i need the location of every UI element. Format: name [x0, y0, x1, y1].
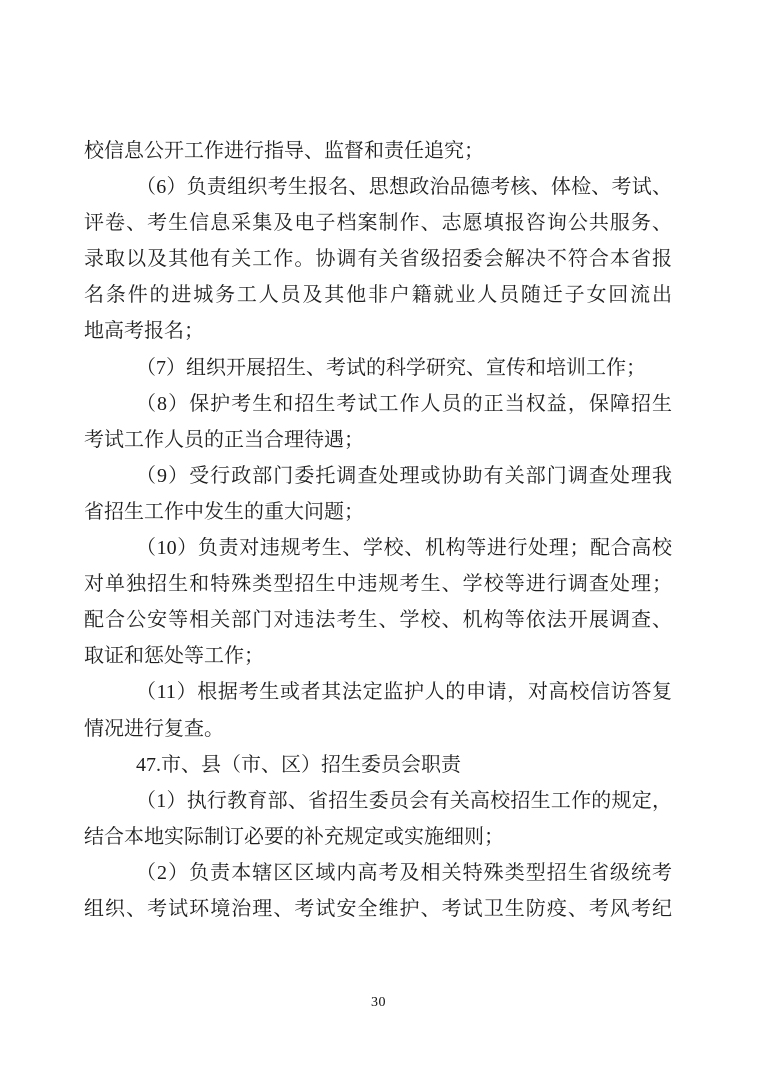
- text-line: 地高考报名；: [84, 313, 672, 349]
- text-line: 配合公安等相关部门对违法考生、学校、机构等依法开展调查、: [84, 602, 672, 638]
- paragraph: （7）组织开展招生、考试的科学研究、宣传和培训工作；: [84, 350, 672, 386]
- text-line: （2）负责本辖区区域内高考及相关特殊类型招生省级统考: [84, 855, 672, 891]
- paragraph: （10）负责对违规考生、学校、机构等进行处理；配合高校对单独招生和特殊类型招生中…: [84, 530, 672, 674]
- paragraph: （1）执行教育部、省招生委员会有关高校招生工作的规定，结合本地实际制订必要的补充…: [84, 783, 672, 855]
- page-footer: 30: [0, 993, 757, 1011]
- text-line: 组织、考试环境治理、考试安全维护、考试卫生防疫、考风考纪: [84, 891, 672, 927]
- text-line: （9）受行政部门委托调查处理或协助有关部门调查处理我: [84, 458, 672, 494]
- document-page: 校信息公开工作进行指导、监督和责任追究；（6）负责组织考生报名、思想政治品德考核…: [0, 0, 757, 1074]
- text-line: 情况进行复查。: [84, 711, 672, 747]
- paragraph: （2）负责本辖区区域内高考及相关特殊类型招生省级统考组织、考试环境治理、考试安全…: [84, 855, 672, 927]
- text-line: 校信息公开工作进行指导、监督和责任追究；: [84, 133, 672, 169]
- text-line: （7）组织开展招生、考试的科学研究、宣传和培训工作；: [84, 350, 672, 386]
- text-line: 省招生工作中发生的重大问题；: [84, 494, 672, 530]
- text-line: 评卷、考生信息采集及电子档案制作、志愿填报咨询公共服务、: [84, 205, 672, 241]
- paragraph: （8）保护考生和招生考试工作人员的正当权益，保障招生考试工作人员的正当合理待遇；: [84, 386, 672, 458]
- text-line: （8）保护考生和招生考试工作人员的正当权益，保障招生: [84, 386, 672, 422]
- text-line: （6）负责组织考生报名、思想政治品德考核、体检、考试、: [84, 169, 672, 205]
- paragraph: （11）根据考生或者其法定监护人的申请，对高校信访答复情况进行复查。: [84, 674, 672, 746]
- paragraph: （6）负责组织考生报名、思想政治品德考核、体检、考试、评卷、考生信息采集及电子档…: [84, 169, 672, 349]
- page-number: 30: [371, 995, 386, 1010]
- text-line: 对单独招生和特殊类型招生中违规考生、学校等进行调查处理；: [84, 566, 672, 602]
- paragraph: 校信息公开工作进行指导、监督和责任追究；: [84, 133, 672, 169]
- text-line: （10）负责对违规考生、学校、机构等进行处理；配合高校: [84, 530, 672, 566]
- text-line: 考试工作人员的正当合理待遇；: [84, 422, 672, 458]
- document-body: 校信息公开工作进行指导、监督和责任追究；（6）负责组织考生报名、思想政治品德考核…: [84, 133, 672, 927]
- text-line: 取证和惩处等工作；: [84, 638, 672, 674]
- section-heading: 47.市、县（市、区）招生委员会职责: [84, 747, 672, 783]
- text-line: 结合本地实际制订必要的补充规定或实施细则；: [84, 819, 672, 855]
- text-line: 录取以及其他有关工作。协调有关省级招委会解决不符合本省报: [84, 241, 672, 277]
- text-line: （11）根据考生或者其法定监护人的申请，对高校信访答复: [84, 674, 672, 710]
- paragraph: （9）受行政部门委托调查处理或协助有关部门调查处理我省招生工作中发生的重大问题；: [84, 458, 672, 530]
- text-line: （1）执行教育部、省招生委员会有关高校招生工作的规定，: [84, 783, 672, 819]
- text-line: 47.市、县（市、区）招生委员会职责: [84, 747, 672, 783]
- text-line: 名条件的进城务工人员及其他非户籍就业人员随迁子女回流出: [84, 277, 672, 313]
